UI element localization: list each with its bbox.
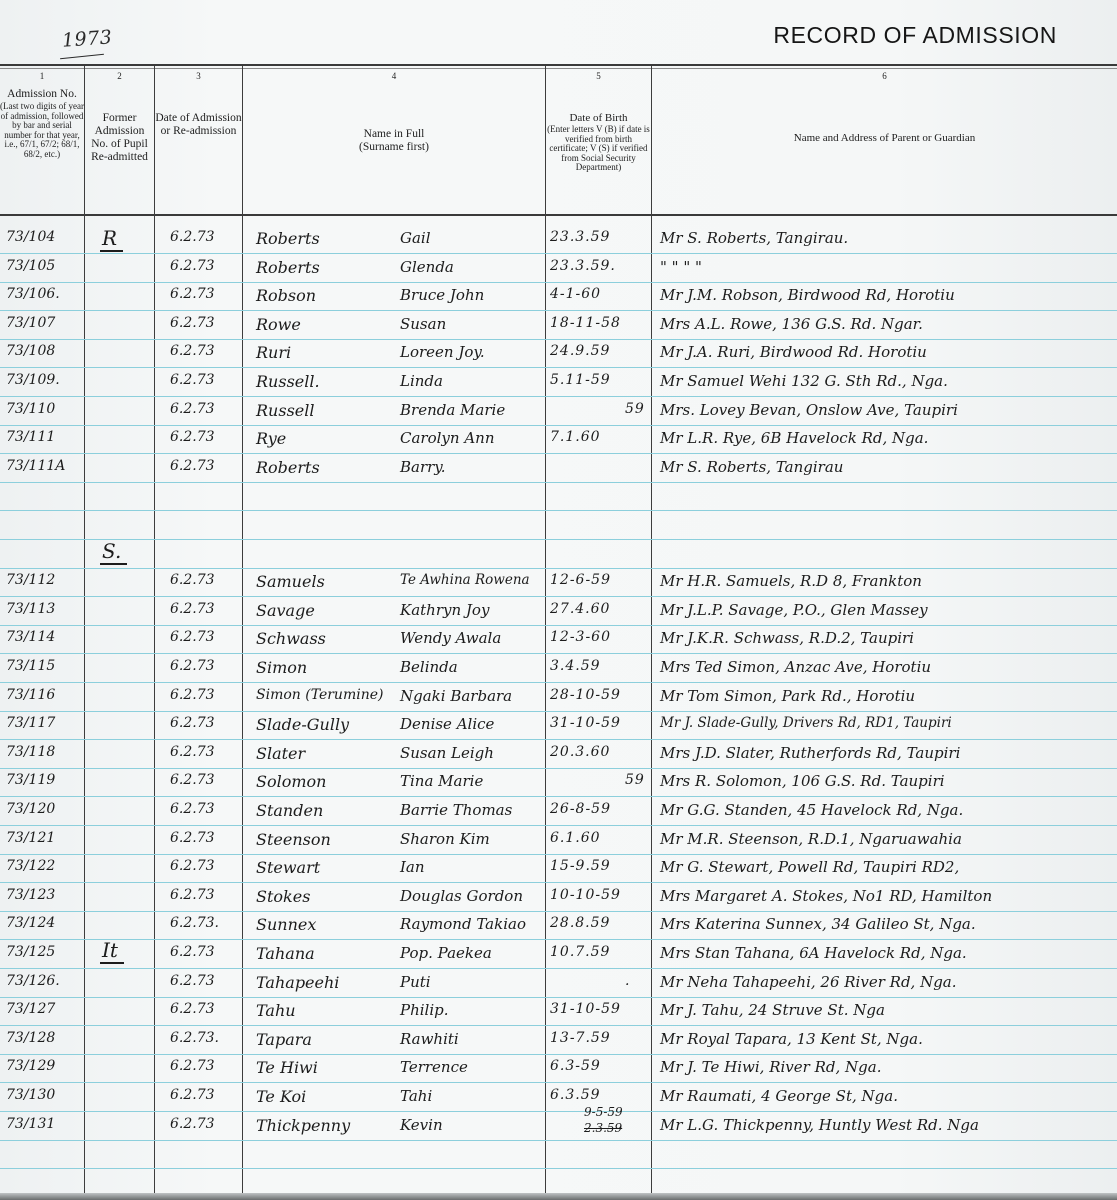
admission-date: 6.2.73 — [170, 458, 215, 474]
section-marker: It — [102, 938, 118, 962]
parent-guardian: Mr G.G. Standen, 45 Havelock Rd, Nga. — [660, 801, 963, 819]
table-row: 73/126.6.2.73TahapeehiPuti.Mr Neha Tahap… — [0, 968, 1117, 996]
surname: Rowe — [256, 315, 301, 334]
table-row: 73/1076.2.73RoweSusan18-11-58Mrs A.L. Ro… — [0, 310, 1117, 338]
given-names: Tina Marie — [400, 772, 483, 790]
given-names: Rawhiti — [400, 1030, 459, 1048]
admission-number: 73/125 — [6, 944, 55, 960]
column-number: 6 — [652, 70, 1117, 82]
given-names: Denise Alice — [400, 715, 494, 733]
column-label: Former Admission No. of Pupil Re-admitte… — [85, 112, 154, 164]
admission-number: 73/123 — [6, 887, 55, 903]
parent-guardian: Mr J. Te Hiwi, River Rd, Nga. — [660, 1058, 881, 1076]
table-row: 73/1276.2.73TahuPhilip.31-10-59Mr J. Tah… — [0, 996, 1117, 1024]
admission-number: 73/116 — [6, 687, 55, 703]
admission-number: 73/106. — [6, 286, 60, 302]
table-row: 73/109.6.2.73Russell.Linda5.11-59Mr Samu… — [0, 367, 1117, 395]
parent-guardian: Mr L.G. Thickpenny, Huntly West Rd. Nga — [660, 1116, 979, 1134]
surname: Roberts — [256, 458, 320, 477]
admission-date: 6.2.73 — [170, 830, 215, 846]
admission-number: 73/131 — [6, 1116, 55, 1132]
admission-date: 6.2.73 — [170, 315, 215, 331]
surname: Solomon — [256, 772, 326, 791]
given-names: Kevin — [400, 1116, 443, 1134]
given-names: Barrie Thomas — [400, 801, 512, 819]
date-of-birth: . — [625, 973, 630, 989]
parent-guardian: Mr Royal Tapara, 13 Kent St, Nga. — [660, 1030, 923, 1048]
surname: Slade-Gully — [256, 715, 349, 734]
table-row: 73/1246.2.73.SunnexRaymond Takiao28.8.59… — [0, 910, 1117, 938]
page-bottom-edge — [0, 1193, 1117, 1200]
surname: Stewart — [256, 858, 320, 877]
surname: Schwass — [256, 629, 326, 648]
admission-number: 73/121 — [6, 830, 55, 846]
admission-date: 6.2.73 — [170, 429, 215, 445]
admission-number: 73/127 — [6, 1001, 55, 1017]
header-top-rule — [0, 64, 1117, 66]
column-note: (Enter letters V (B) if date is verified… — [546, 125, 651, 173]
table-row: 73/1306.2.73Te KoiTahi6.3.59Mr Raumati, … — [0, 1082, 1117, 1110]
date-of-birth: 6.1.60 — [550, 830, 601, 846]
admission-date: 6.2.73 — [170, 772, 215, 788]
given-names: Linda — [400, 372, 443, 390]
date-of-birth: 5.11-59 — [550, 372, 611, 388]
surname: Te Koi — [256, 1087, 306, 1106]
admission-number: 73/118 — [6, 744, 55, 760]
given-names: Puti — [400, 973, 431, 991]
table-row: 73/1046.2.73RobertsGail23.3.59Mr S. Robe… — [0, 224, 1117, 252]
parent-guardian: Mr L.R. Rye, 6B Havelock Rd, Nga. — [660, 429, 928, 447]
surname: Samuels — [256, 572, 325, 591]
column-header-date-of-birth: 5 Date of Birth (Enter letters V (B) if … — [546, 70, 651, 212]
given-names: Belinda — [400, 658, 458, 676]
admission-number: 73/115 — [6, 658, 55, 674]
given-names: Loreen Joy. — [400, 343, 485, 361]
table-row: 73/1216.2.73SteensonSharon Kim6.1.60Mr M… — [0, 825, 1117, 853]
date-of-birth: 31-10-59 — [550, 715, 621, 731]
date-of-birth: 27.4.60 — [550, 601, 610, 617]
column-number: 3 — [155, 70, 242, 82]
column-number: 5 — [546, 70, 651, 82]
parent-guardian: Mrs A.L. Rowe, 136 G.S. Rd. Ngar. — [660, 315, 923, 333]
table-row: 73/111A6.2.73RobertsBarry.Mr S. Roberts,… — [0, 453, 1117, 481]
admission-number: 73/112 — [6, 572, 55, 588]
page-title: RECORD OF ADMISSION — [773, 22, 1057, 49]
surname: Tahana — [256, 944, 315, 963]
given-names: Bruce John — [400, 286, 484, 304]
surname: Roberts — [256, 258, 320, 277]
table-row: 73/1166.2.73Simon (Terumine)Ngaki Barbar… — [0, 682, 1117, 710]
section-marker: R — [102, 226, 117, 250]
table-row: 73/1206.2.73StandenBarrie Thomas26-8-59M… — [0, 796, 1117, 824]
section-marker: S. — [102, 539, 121, 563]
admission-date: 6.2.73 — [170, 572, 215, 588]
surname: Tapara — [256, 1030, 312, 1049]
given-names: Glenda — [400, 258, 454, 276]
admission-date: 6.2.73 — [170, 744, 215, 760]
admission-number: 73/108 — [6, 343, 55, 359]
given-names: Philip. — [400, 1001, 449, 1019]
column-number: 2 — [85, 70, 154, 82]
admission-number: 73/104 — [6, 229, 55, 245]
table-row: 73/1316.2.73ThickpennyKevin9-5-59Mr L.G.… — [0, 1111, 1117, 1139]
table-row: 73/1136.2.73SavageKathryn Joy27.4.60Mr J… — [0, 596, 1117, 624]
surname: Savage — [256, 601, 315, 620]
date-of-birth: 23.3.59 — [550, 229, 610, 245]
surname: Tahapeehi — [256, 973, 339, 992]
column-number: 4 — [243, 70, 545, 82]
date-of-birth: 6.3-59 — [550, 1058, 601, 1074]
column-note: (Surname first) — [243, 141, 545, 154]
parent-guardian: Mr Neha Tahapeehi, 26 River Rd, Nga. — [660, 973, 957, 991]
parent-guardian: Mrs Margaret A. Stokes, No1 RD, Hamilton — [660, 887, 992, 905]
date-of-birth: 13-7.59 — [550, 1030, 611, 1046]
surname: Russell — [256, 401, 314, 420]
given-names: Te Awhina Rowena — [400, 572, 530, 588]
surname: Standen — [256, 801, 323, 820]
table-row: 73/1106.2.73RussellBrenda Marie59Mrs. Lo… — [0, 396, 1117, 424]
admission-date: 6.2.73 — [170, 1087, 215, 1103]
date-of-birth: 9-5-59 — [584, 1105, 623, 1119]
surname: Robson — [256, 286, 316, 305]
admission-date: 6.2.73. — [170, 915, 219, 931]
date-of-birth: 12-6-59 — [550, 572, 611, 588]
surname: Ruri — [256, 343, 291, 362]
parent-guardian: Mr J.M. Robson, Birdwood Rd, Horotiu — [660, 286, 955, 304]
admission-date: 6.2.73 — [170, 658, 215, 674]
parent-guardian: Mrs Katerina Sunnex, 34 Galileo St, Nga. — [660, 915, 976, 933]
given-names: Susan Leigh — [400, 744, 494, 762]
parent-guardian: Mr S. Roberts, Tangirau — [660, 458, 843, 476]
given-names: Gail — [400, 229, 431, 247]
given-names: Kathryn Joy — [400, 601, 489, 619]
admission-number: 73/113 — [6, 601, 55, 617]
date-of-birth: 28-10-59 — [550, 687, 621, 703]
column-header-date-of-admission: 3 Date of Admission or Re-admission — [155, 70, 242, 212]
admission-number: 73/109. — [6, 372, 60, 388]
table-row: 73/1256.2.73TahanaPop. Paekea10.7.59Mrs … — [0, 939, 1117, 967]
column-label: Name in Full — [243, 128, 545, 141]
parent-guardian: Mr H.R. Samuels, R.D 8, Frankton — [660, 572, 922, 590]
admission-date: 6.2.73 — [170, 973, 215, 989]
date-of-birth: 24.9.59 — [550, 343, 610, 359]
admission-date: 6.2.73 — [170, 687, 215, 703]
date-of-birth-struck: 2.3.59 — [584, 1121, 622, 1135]
given-names: Raymond Takiao — [400, 915, 526, 933]
table-row: 73/1126.2.73SamuelsTe Awhina Rowena12-6-… — [0, 567, 1117, 595]
ruled-line — [0, 510, 1117, 511]
table-row: 73/1156.2.73SimonBelinda3.4.59Mrs Ted Si… — [0, 653, 1117, 681]
surname: Simon (Terumine) — [256, 687, 383, 703]
ledger-page: 1973 RECORD OF ADMISSION 1 Admission No.… — [0, 0, 1117, 1200]
parent-guardian: Mrs Stan Tahana, 6A Havelock Rd, Nga. — [660, 944, 967, 962]
column-label: Admission No. — [0, 88, 84, 101]
ruled-line — [0, 539, 1117, 540]
table-row: 73/1236.2.73StokesDouglas Gordon10-10-59… — [0, 882, 1117, 910]
admission-date: 6.2.73 — [170, 1116, 215, 1132]
year-annotation: 1973 — [61, 26, 113, 51]
admission-number: 73/130 — [6, 1087, 55, 1103]
date-of-birth: 3.4.59 — [550, 658, 601, 674]
parent-guardian: Mr Raumati, 4 George St, Nga. — [660, 1087, 898, 1105]
parent-guardian: Mrs R. Solomon, 106 G.S. Rd. Taupiri — [660, 772, 945, 790]
surname: Slater — [256, 744, 305, 763]
date-of-birth: 20.3.60 — [550, 744, 610, 760]
date-of-birth: 59 — [625, 401, 645, 417]
parent-guardian: Mrs Ted Simon, Anzac Ave, Horotiu — [660, 658, 931, 676]
admission-number: 73/111A — [6, 458, 65, 474]
parent-guardian: Mr M.R. Steenson, R.D.1, Ngaruawahia — [660, 830, 962, 848]
parent-guardian: Mrs J.D. Slater, Rutherfords Rd, Taupiri — [660, 744, 960, 762]
date-of-birth: 12-3-60 — [550, 629, 611, 645]
given-names: Tahi — [400, 1087, 432, 1105]
date-of-birth: 10.7.59 — [550, 944, 610, 960]
parent-guardian: Mr Samuel Wehi 132 G. Sth Rd., Nga. — [660, 372, 948, 390]
parent-guardian: Mr J.L.P. Savage, P.O., Glen Massey — [660, 601, 928, 619]
given-names: Brenda Marie — [400, 401, 505, 419]
table-row: 73/1196.2.73SolomonTina Marie59Mrs R. So… — [0, 767, 1117, 795]
column-number: 1 — [0, 70, 84, 82]
date-of-birth: 18-11-58 — [550, 315, 621, 331]
admission-date: 6.2.73 — [170, 401, 215, 417]
admission-number: 73/119 — [6, 772, 55, 788]
admission-date: 6.2.73 — [170, 286, 215, 302]
surname: Rye — [256, 429, 286, 448]
column-note: (Last two digits of year of admission, f… — [0, 102, 84, 159]
date-of-birth: 7.1.60 — [550, 429, 601, 445]
admission-date: 6.2.73 — [170, 629, 215, 645]
surname: Te Hiwi — [256, 1058, 318, 1077]
given-names: Ian — [400, 858, 425, 876]
column-label: Name and Address of Parent or Guardian — [652, 132, 1117, 145]
date-of-birth: 23.3.59. — [550, 258, 616, 274]
column-header-name-in-full: 4 Name in Full (Surname first) — [243, 70, 545, 212]
surname: Russell. — [256, 372, 320, 391]
given-names: Terrence — [400, 1058, 468, 1076]
column-header-parent-guardian: 6 Name and Address of Parent or Guardian — [652, 70, 1117, 212]
admission-number: 73/129 — [6, 1058, 55, 1074]
column-header-former-admission: 2 Former Admission No. of Pupil Re-admit… — [85, 70, 154, 212]
surname: Thickpenny — [256, 1116, 350, 1135]
column-header-admission-no: 1 Admission No. (Last two digits of year… — [0, 70, 84, 212]
admission-date: 6.2.73 — [170, 372, 215, 388]
given-names: Douglas Gordon — [400, 887, 523, 905]
table-row: 73/1186.2.73SlaterSusan Leigh20.3.60Mrs … — [0, 739, 1117, 767]
admission-date: 6.2.73 — [170, 1058, 215, 1074]
header-bottom-rule — [0, 214, 1117, 216]
table-row: 73/1176.2.73Slade-GullyDenise Alice31-10… — [0, 710, 1117, 738]
surname: Steenson — [256, 830, 331, 849]
table-row: 73/1286.2.73.TaparaRawhiti13-7.59Mr Roya… — [0, 1025, 1117, 1053]
admission-date: 6.2.73 — [170, 258, 215, 274]
parent-guardian: Mr J. Slade-Gully, Drivers Rd, RD1, Taup… — [660, 715, 952, 731]
admission-date: 6.2.73 — [170, 715, 215, 731]
surname: Sunnex — [256, 915, 316, 934]
date-of-birth: 15-9.59 — [550, 858, 611, 874]
header-top-rule-thin — [0, 68, 1117, 69]
date-of-birth: 4-1-60 — [550, 286, 601, 302]
year-underline — [60, 54, 104, 60]
admission-number: 73/114 — [6, 629, 55, 645]
parent-guardian: " " " " — [660, 258, 702, 276]
admission-number: 73/105 — [6, 258, 55, 274]
date-of-birth: 10-10-59 — [550, 887, 621, 903]
date-of-birth: 28.8.59 — [550, 915, 610, 931]
ruled-line — [0, 482, 1117, 483]
surname: Tahu — [256, 1001, 296, 1020]
given-names: Barry. — [400, 458, 446, 476]
given-names: Wendy Awala — [400, 629, 501, 647]
parent-guardian: Mr J. Tahu, 24 Struve St. Nga — [660, 1001, 885, 1019]
admission-number: 73/120 — [6, 801, 55, 817]
admission-date: 6.2.73 — [170, 944, 215, 960]
admission-date: 6.2.73 — [170, 887, 215, 903]
admission-number: 73/124 — [6, 915, 55, 931]
admission-number: 73/111 — [6, 429, 55, 445]
given-names: Carolyn Ann — [400, 429, 494, 447]
table-row: 73/1296.2.73Te HiwiTerrence6.3-59Mr J. T… — [0, 1053, 1117, 1081]
admission-date: 6.2.73 — [170, 229, 215, 245]
given-names: Ngaki Barbara — [400, 687, 512, 705]
admission-date: 6.2.73 — [170, 601, 215, 617]
admission-number: 73/107 — [6, 315, 55, 331]
column-label: Date of Admission or Re-admission — [155, 112, 242, 138]
date-of-birth: 6.3.59 — [550, 1087, 601, 1103]
parent-guardian: Mr S. Roberts, Tangirau. — [660, 229, 848, 247]
admission-number: 73/126. — [6, 973, 60, 989]
table-row: 73/1226.2.73StewartIan15-9.59Mr G. Stewa… — [0, 853, 1117, 881]
parent-guardian: Mr J.K.R. Schwass, R.D.2, Taupiri — [660, 629, 914, 647]
surname: Stokes — [256, 887, 310, 906]
table-row: 73/1146.2.73SchwassWendy Awala12-3-60Mr … — [0, 624, 1117, 652]
admission-date: 6.2.73 — [170, 858, 215, 874]
given-names: Sharon Kim — [400, 830, 490, 848]
admission-date: 6.2.73 — [170, 343, 215, 359]
table-row: 73/1086.2.73RuriLoreen Joy.24.9.59Mr J.A… — [0, 338, 1117, 366]
admission-date: 6.2.73 — [170, 801, 215, 817]
date-of-birth: 26-8-59 — [550, 801, 611, 817]
table-row: 73/1116.2.73RyeCarolyn Ann7.1.60Mr L.R. … — [0, 424, 1117, 452]
given-names: Pop. Paekea — [400, 944, 492, 962]
ruled-line — [0, 1140, 1117, 1141]
date-of-birth: 59 — [625, 772, 645, 788]
parent-guardian: Mrs. Lovey Bevan, Onslow Ave, Taupiri — [660, 401, 958, 419]
admission-number: 73/117 — [6, 715, 55, 731]
admission-date: 6.2.73. — [170, 1030, 219, 1046]
admission-number: 73/110 — [6, 401, 55, 417]
surname: Simon — [256, 658, 307, 677]
table-row: 73/1056.2.73RobertsGlenda23.3.59." " " " — [0, 253, 1117, 281]
parent-guardian: Mr G. Stewart, Powell Rd, Taupiri RD2, — [660, 858, 959, 876]
ruled-line — [0, 1168, 1117, 1169]
parent-guardian: Mr J.A. Ruri, Birdwood Rd. Horotiu — [660, 343, 927, 361]
date-of-birth: 31-10-59 — [550, 1001, 621, 1017]
parent-guardian: Mr Tom Simon, Park Rd., Horotiu — [660, 687, 915, 705]
table-row: 73/106.6.2.73RobsonBruce John4-1-60Mr J.… — [0, 281, 1117, 309]
admission-number: 73/122 — [6, 858, 55, 874]
admission-number: 73/128 — [6, 1030, 55, 1046]
given-names: Susan — [400, 315, 446, 333]
surname: Roberts — [256, 229, 320, 248]
admission-date: 6.2.73 — [170, 1001, 215, 1017]
